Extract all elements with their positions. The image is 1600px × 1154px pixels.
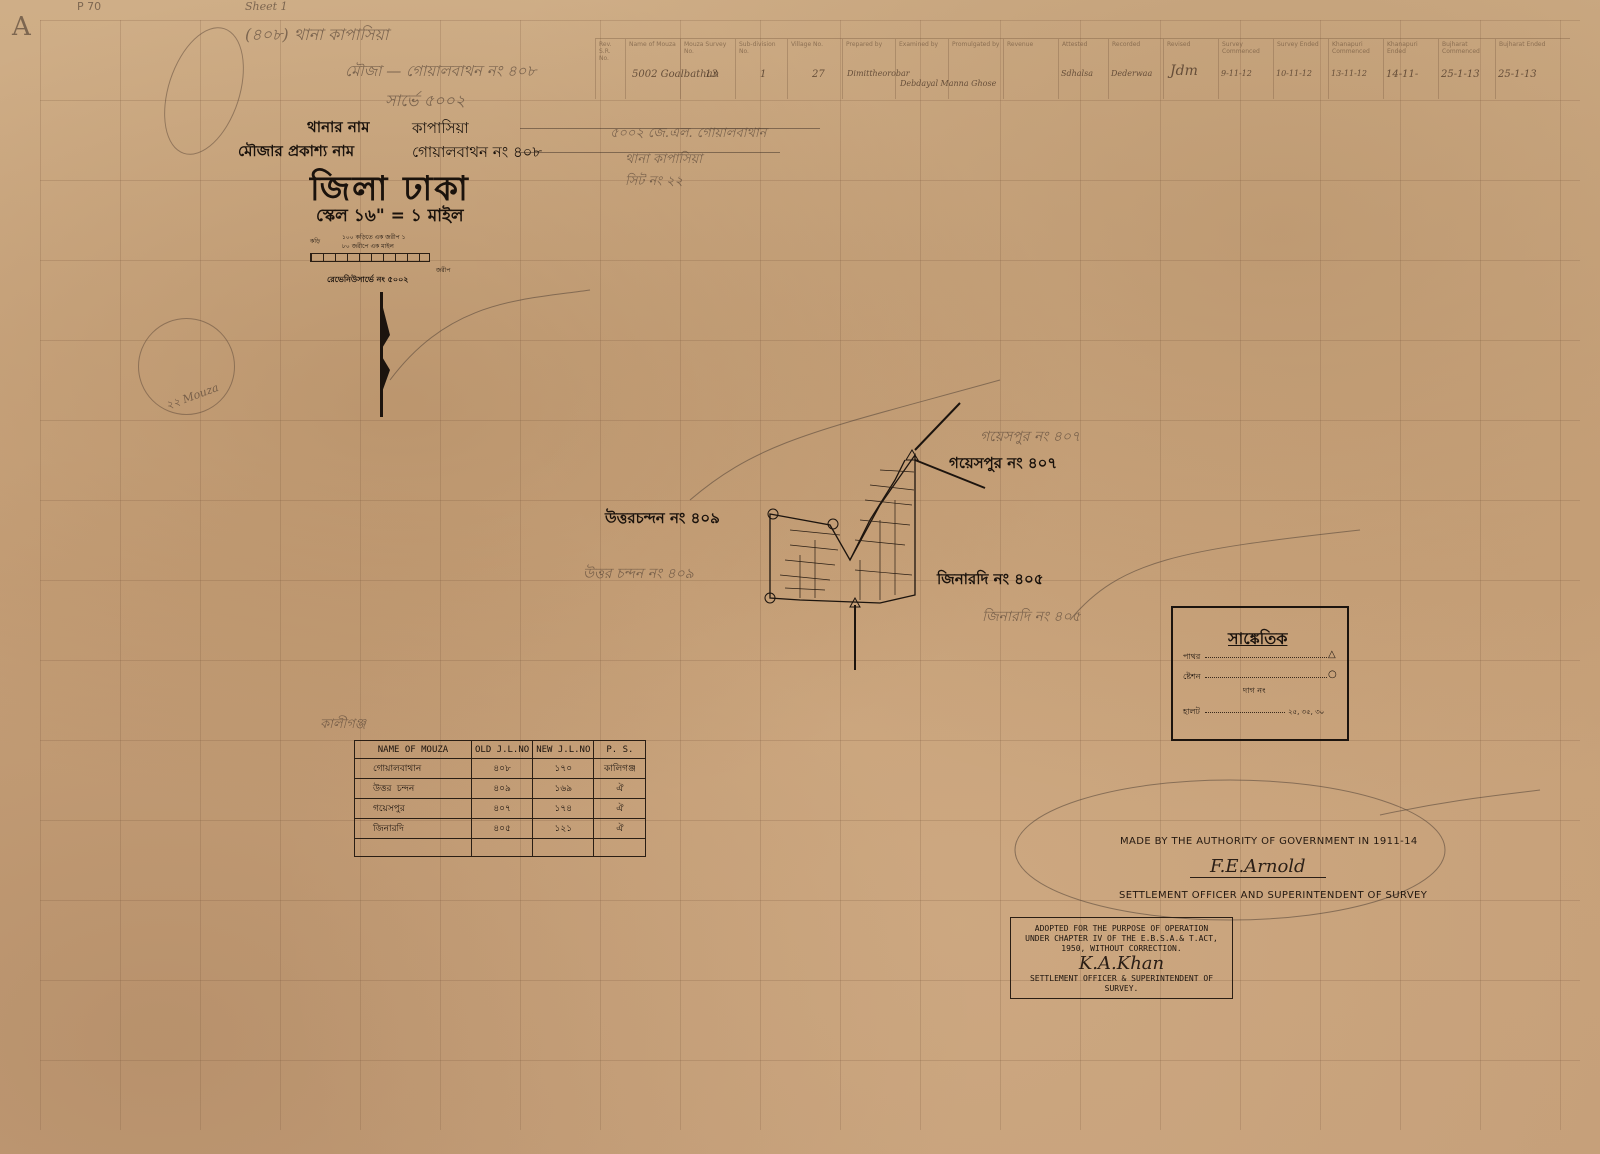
cell: ৪০৯ [472,779,533,799]
stamp-text: UNDER CHAPTER IV OF THE E.B.S.A.& T.ACT, [1011,934,1232,944]
cell [472,839,533,857]
table-row: উত্তর চন্দন ৪০৯ ১৬৯ ঐ [355,779,646,799]
neighbor-pencil: উত্তর চন্দন নং ৪০৯ [583,562,694,586]
cell: গয়েসপুর [355,799,472,819]
table-row: গয়েসপুর ৪০৭ ১৭৪ ঐ [355,799,646,819]
legend-item-station: ষ্টেশন ○ [1183,671,1333,684]
cell: ৪০৭ [472,799,533,819]
table-row [355,839,646,857]
legend-label: পাথর [1183,652,1200,661]
map-sheet: A P 70 Sheet 1 Rev. S.R. No. Name of Mou… [0,0,1600,1154]
officer-title: SETTLEMENT OFFICER AND SUPERINTENDENT OF… [1119,890,1427,901]
neighbor-uttarchandan: উত্তরচন্দন নং ৪০৯ [605,507,720,532]
cell: ৪০৮ [472,759,533,779]
cell: ৪০৫ [472,819,533,839]
stamp-text: SURVEY. [1011,984,1232,994]
triangle-icon: △ [1328,649,1336,660]
legend-sample: ২৫, ৩৫, ৩০ [1288,706,1324,718]
signature-arnold: F.E.Arnold [1190,856,1326,878]
legend-box: সাঙ্কেতিক পাথর △ ষ্টেশন ○ দাগ নং হালট ২৫… [1171,606,1349,741]
cell [355,839,472,857]
signature-khan: K.A.Khan [1011,954,1232,974]
mouza-map [0,0,1600,1154]
neighbor-pencil: গয়েসপুর নং ৪০৭ [980,425,1080,449]
legend-item-plot: দাগ নং [1243,685,1393,698]
cell [594,839,646,857]
stamp-text: ADOPTED FOR THE PURPOSE OF OPERATION [1011,924,1232,934]
cell: ঐ [594,779,646,799]
cell: ১৭০ [533,759,594,779]
cell: কালিগঞ্জ [594,759,646,779]
stamp-text: SETTLEMENT OFFICER & SUPERINTENDENT OF [1011,974,1232,984]
legend-label: হালট [1183,707,1200,716]
legend-item-halat: হালট ২৫, ৩৫, ৩০ [1183,706,1333,719]
cell [533,839,594,857]
pencil-note: কালীগঞ্জ [320,715,366,736]
legend-title: সাঙ্কেতিক [1228,626,1287,653]
authority-statement: MADE BY THE AUTHORITY OF GOVERNMENT IN 1… [1120,836,1418,847]
circle-icon: ○ [1328,669,1337,680]
cell: ঐ [594,819,646,839]
adoption-stamp: ADOPTED FOR THE PURPOSE OF OPERATION UND… [1010,917,1233,999]
mouza-table: NAME OF MOUZA OLD J.L.NO NEW J.L.NO P. S… [354,740,646,857]
cell: ঐ [594,799,646,819]
cell: ১২১ [533,819,594,839]
legend-label: ষ্টেশন [1183,672,1201,681]
cell: উত্তর চন্দন [355,779,472,799]
cell: ১৭৪ [533,799,594,819]
table-row: গোয়ালবাথান ৪০৮ ১৭০ কালিগঞ্জ [355,759,646,779]
table-header: NAME OF MOUZA [355,741,472,759]
neighbor-goyespur: গয়েসপুর নং ৪০৭ [949,452,1057,477]
table-header-row: NAME OF MOUZA OLD J.L.NO NEW J.L.NO P. S… [355,741,646,759]
cell: জিনারদি [355,819,472,839]
neighbor-pencil: জিনারদি নং ৪০৫ [982,605,1081,629]
legend-label: দাগ নং [1243,686,1266,695]
table-header: P. S. [594,741,646,759]
table-row: জিনারদি ৪০৫ ১২১ ঐ [355,819,646,839]
table-header: NEW J.L.NO [533,741,594,759]
legend-item-stone: পাথর △ [1183,651,1333,664]
table-header: OLD J.L.NO [472,741,533,759]
cell: গোয়ালবাথান [355,759,472,779]
cell: ১৬৯ [533,779,594,799]
neighbor-jinardi: জিনারদি নং ৪০৫ [937,568,1044,593]
